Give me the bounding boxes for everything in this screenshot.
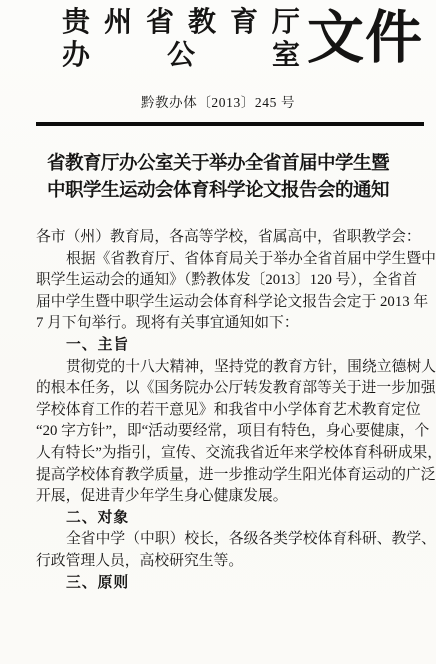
document-number: 黔教办体〔2013〕245 号 [0,91,436,111]
agency-char: 贵 [62,6,90,39]
body-line: 贯彻党的十八大精神，坚持党的教育方针，围绕立德树人 [36,357,430,379]
salutation-line: 各市（州）教育局，各高等学校，省属高中，省职教学会： [36,227,430,249]
agency-char: 办 [62,39,90,72]
agency-char: 室 [272,39,300,72]
body-line: 开展，促进青少年学生身心健康发展。 [36,486,430,508]
document-type-label: 文件 [307,7,423,71]
letterhead: 贵 州 省 教 育 厅 办 公 室 文件 [62,6,423,72]
agency-char: 省 [146,6,174,39]
body-line: 行政管理人员，高校研究生等。 [36,551,430,573]
agency-char: 教 [188,6,216,39]
body-line: 职学生运动会的通知》（黔教体发〔2013〕120 号），全省首 [36,270,430,292]
body-line: 届中学生暨中职学生运动会体育科学论文报告会定于 2013 年 [36,292,430,314]
document-title-line2: 中职学生运动会体育科学论文报告会的通知 [0,178,436,205]
section-heading-1: 一、主旨 [36,335,430,357]
body-line: 人有特长”为指引，宣传、交流我省近年来学校体育科研成果， [36,443,430,465]
document-body: 各市（州）教育局，各高等学校，省属高中，省职教学会： 根据《省教育厅、省体育局关… [36,227,430,594]
body-line: 学校体育工作的若干意见》和我省中小学体育艺术教育定位 [36,400,430,422]
agency-char: 州 [104,6,132,39]
body-line: 的根本任务，以《国务院办公厅转发教育部等关于进一步加强 [36,378,430,400]
document-page: 贵 州 省 教 育 厅 办 公 室 文件 黔教办体〔2013〕245 号 省教育… [0,0,436,664]
body-line: 提高学校体育教学质量，进一步推动学生阳光体育运动的广泛 [36,465,430,487]
agency-name: 贵 州 省 教 育 厅 办 公 室 [62,6,300,72]
agency-name-line2: 办 公 室 [62,39,300,72]
agency-char: 育 [230,6,258,39]
document-title-line1: 省教育厅办公室关于举办全省首届中学生暨 [0,151,436,178]
body-line: 全省中学（中职）校长，各级各类学校体育科研、教学、 [36,529,430,551]
agency-char: 公 [167,39,195,72]
body-line: “20 字方针”，即“活动要经常，项目有特色，身心要健康，个 [36,421,430,443]
body-line: 7 月下旬举行。现将有关事宜通知如下： [36,313,430,335]
agency-char: 厅 [272,6,300,39]
section-heading-2: 二、对象 [36,508,430,530]
header-divider [36,122,424,126]
section-heading-3: 三、原则 [36,573,430,595]
body-line: 根据《省教育厅、省体育局关于举办全省首届中学生暨中 [36,249,430,271]
document-title: 省教育厅办公室关于举办全省首届中学生暨 中职学生运动会体育科学论文报告会的通知 [0,151,436,205]
agency-name-line1: 贵 州 省 教 育 厅 [62,6,300,39]
